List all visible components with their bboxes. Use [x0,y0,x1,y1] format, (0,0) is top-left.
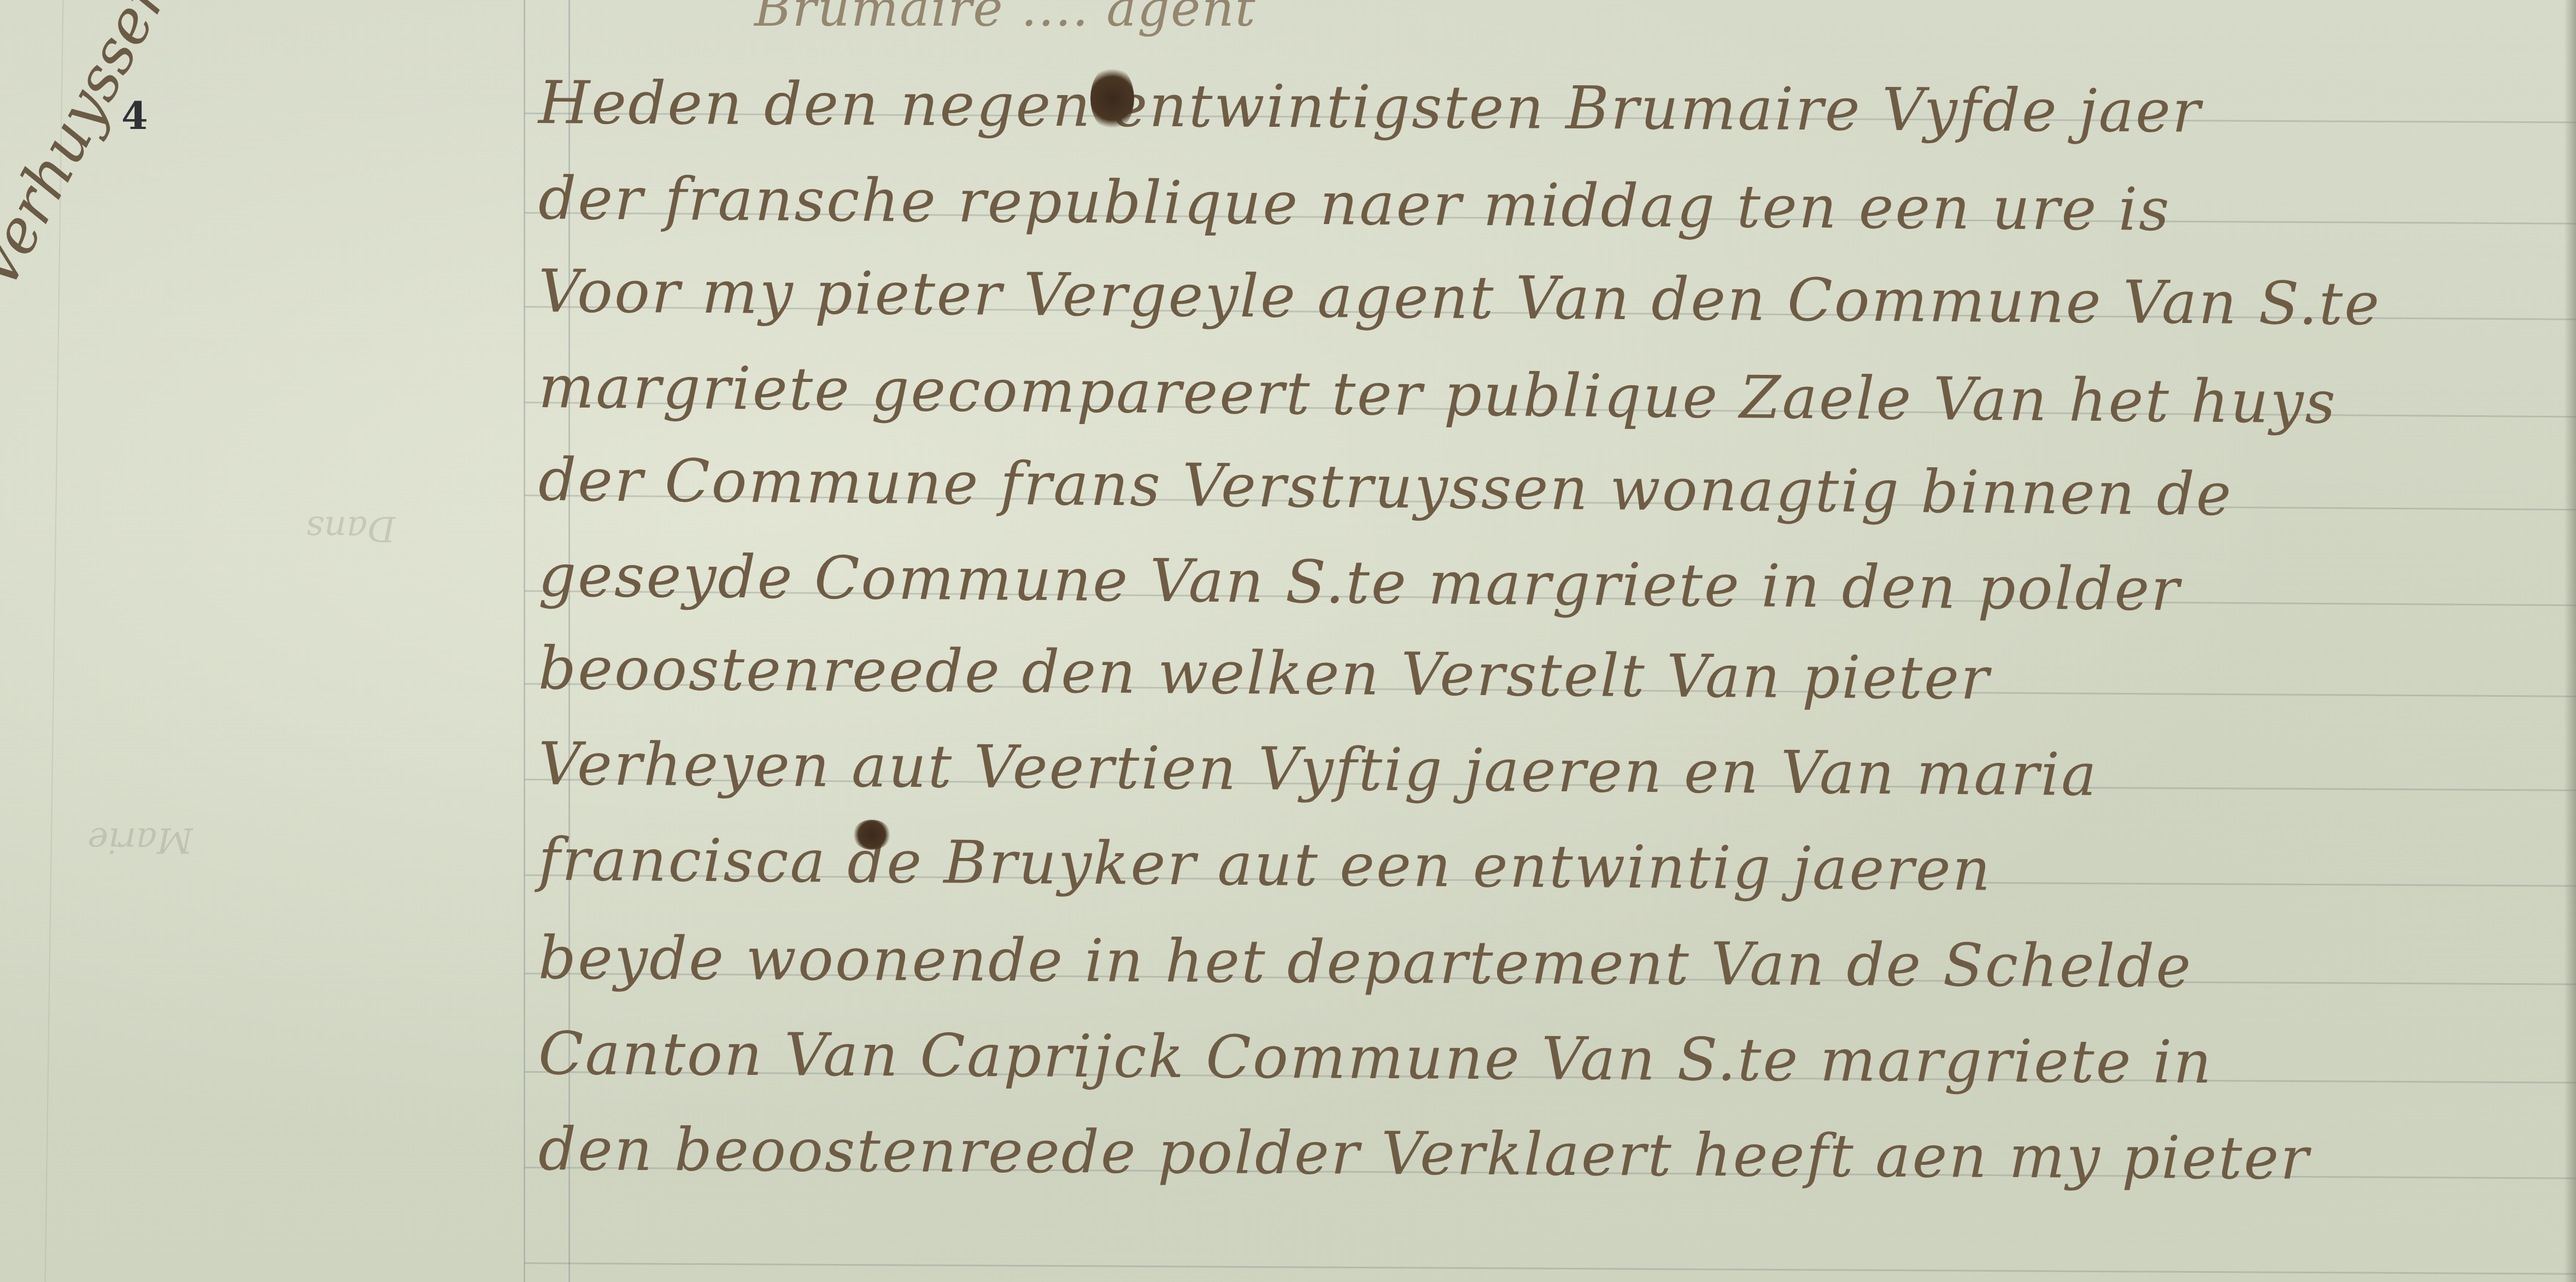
record-line-8: Verheyen aut Veertien Vyftig jaeren en V… [538,735,2098,805]
ink-blot [1090,66,1134,131]
record-line-7: beoostenreede den welken Verstelt Van pi… [538,639,1991,709]
record-line-3: Voor my pieter Vergeyle agent Van den Co… [538,262,2381,334]
record-line-5: der Commune frans Verstruyssen wonagtig … [538,451,2233,525]
ink-blot [853,820,891,850]
record-line-1: Heden den negen entwintigsten Brumaire V… [538,74,2202,142]
margin-rule-left [524,0,525,1282]
bleed-through-text: Marie [87,820,193,860]
record-line-6: geseyde Commune Van S.te margriete in de… [538,546,2181,620]
record-line-9: francisca de Bruyker aut een entwintig j… [538,831,1992,900]
page-edge-shadow [2564,0,2576,1282]
record-line-10: beyde woonende in het departement Van de… [538,929,2193,997]
record-line-12: den beoostenreede polder Verklaert heeft… [538,1120,2310,1189]
record-line-4: margriete gecompareert ter publique Zael… [538,358,2338,433]
record-line-2: der fransche republique naer middag ten … [538,169,2172,240]
bleed-through-text: Dans [306,508,396,549]
cropped-header-line: Brumaire .... agent [754,0,1257,38]
record-line-11: Canton Van Caprijck Commune Van S.te mar… [538,1025,2214,1092]
